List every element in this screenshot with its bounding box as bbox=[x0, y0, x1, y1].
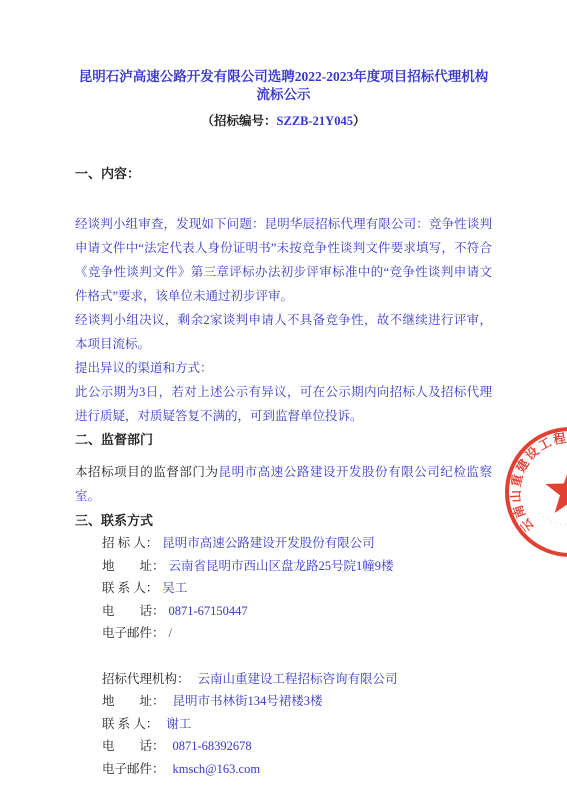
seal-serial-dots: · · · · · · · · · · bbox=[537, 512, 567, 529]
contact-label: 联 系 人： bbox=[102, 581, 158, 595]
contact-value: kmsch@163.com bbox=[173, 762, 261, 776]
document-content: 昆明石泸高速公路开发有限公司选聘2022-2023年度项目招标代理机构流标公示 … bbox=[75, 0, 492, 780]
paragraph-objection-channel: 提出异议的渠道和方式： bbox=[75, 356, 492, 380]
section-heading-content: 一、内容： bbox=[75, 165, 492, 182]
contact-row-agency-person: 联 系 人：谢工 bbox=[102, 713, 492, 736]
supervision-text-black: 本招标项目的监督部门为 bbox=[75, 465, 219, 479]
seal-ring-text: 云南山重建设工程招标咨询有限公司 bbox=[508, 430, 567, 535]
contact-label: 电子邮件： bbox=[102, 626, 165, 640]
contact-row-tenderer-email: 电子邮件：/ bbox=[102, 622, 492, 645]
contact-value: 云南省昆明市西山区盘龙路25号院1幢9楼 bbox=[169, 559, 394, 573]
svg-text:· · · · · · · · · ·: · · · · · · · · · · bbox=[537, 512, 567, 529]
document-page: 昆明石泸高速公路开发有限公司选聘2022-2023年度项目招标代理机构流标公示 … bbox=[0, 0, 567, 802]
contact-label: 地 址： bbox=[102, 559, 165, 573]
contact-value: 云南山重建设工程招标咨询有限公司 bbox=[198, 672, 398, 686]
contact-value: 0871-68392678 bbox=[173, 739, 252, 753]
tender-number-suffix: ） bbox=[353, 114, 366, 128]
section-heading-contact: 三、联系方式 bbox=[75, 510, 492, 532]
contact-label: 地 址： bbox=[102, 694, 165, 708]
contact-row-tenderer-name: 招 标 人：昆明市高速公路建设开发股份有限公司 bbox=[102, 532, 492, 555]
contact-row-agency-address: 地 址：昆明市书林街134号裙楼3楼 bbox=[102, 690, 492, 713]
section-heading-supervision: 二、监督部门 bbox=[75, 428, 492, 452]
contact-label: 电 话： bbox=[102, 739, 165, 753]
contact-value: 0871-67150447 bbox=[169, 604, 248, 618]
svg-text:云南山重建设工程招标咨询有限公司: 云南山重建设工程招标咨询有限公司 bbox=[508, 430, 567, 535]
contact-label: 招标代理机构： bbox=[102, 672, 190, 686]
contact-row-tenderer-address: 地 址：云南省昆明市西山区盘龙路25号院1幢9楼 bbox=[102, 555, 492, 578]
contact-row-agency-name: 招标代理机构：云南山重建设工程招标咨询有限公司 bbox=[102, 668, 492, 691]
contact-value: 吴工 bbox=[162, 581, 187, 595]
paragraph-decision: 经谈判小组决议，剩余2家谈判申请人不具备竞争性，故不继续进行评审，本项目流标。 bbox=[75, 308, 492, 356]
contact-row-agency-phone: 电 话：0871-68392678 bbox=[102, 735, 492, 758]
contact-label: 电 话： bbox=[102, 604, 165, 618]
contact-row-tenderer-phone: 电 话：0871-67150447 bbox=[102, 600, 492, 623]
contact-label: 联 系 人： bbox=[102, 717, 158, 731]
contact-row-agency-email: 电子邮件：kmsch@163.com bbox=[102, 758, 492, 781]
content-paragraphs: 经谈判小组审查，发现如下问题：昆明华辰招标代理有限公司：竞争性谈判申请文件中“法… bbox=[75, 212, 492, 452]
paragraph-publicity-period: 此公示期为3日，若对上述公示有异议，可在公示期内向招标人及招标代理进行质疑，对质… bbox=[75, 380, 492, 428]
contact-value: 谢工 bbox=[166, 717, 191, 731]
supervision-line: 本招标项目的监督部门为昆明市高速公路建设开发股份有限公司纪检监察室。 bbox=[75, 460, 492, 508]
contact-value: 昆明市书林街134号裙楼3楼 bbox=[173, 694, 323, 708]
contact-value: / bbox=[169, 626, 172, 640]
contact-label: 电子邮件： bbox=[102, 762, 165, 776]
contact-row-tenderer-person: 联 系 人：吴工 bbox=[102, 577, 492, 600]
seal-star-icon bbox=[545, 466, 567, 513]
tender-number-prefix: （招标编号： bbox=[202, 114, 277, 128]
seal-ring bbox=[507, 429, 567, 555]
company-seal: 云南山重建设工程招标咨询有限公司 · · · · · · · · · · bbox=[500, 422, 567, 562]
paragraph-review-findings: 经谈判小组审查，发现如下问题：昆明华辰招标代理有限公司：竞争性谈判申请文件中“法… bbox=[75, 212, 492, 308]
contact-label: 招 标 人： bbox=[102, 536, 158, 550]
tenderer-contact-block: 招 标 人：昆明市高速公路建设开发股份有限公司 地 址：云南省昆明市西山区盘龙路… bbox=[102, 532, 492, 645]
agency-contact-block: 招标代理机构：云南山重建设工程招标咨询有限公司 地 址：昆明市书林街134号裙楼… bbox=[102, 668, 492, 781]
tender-number: SZZB-21Y045 bbox=[277, 114, 353, 128]
tender-number-line: （招标编号：SZZB-21Y045） bbox=[75, 113, 492, 129]
document-title: 昆明石泸高速公路开发有限公司选聘2022-2023年度项目招标代理机构流标公示 bbox=[75, 0, 492, 104]
contact-value: 昆明市高速公路建设开发股份有限公司 bbox=[162, 536, 375, 550]
